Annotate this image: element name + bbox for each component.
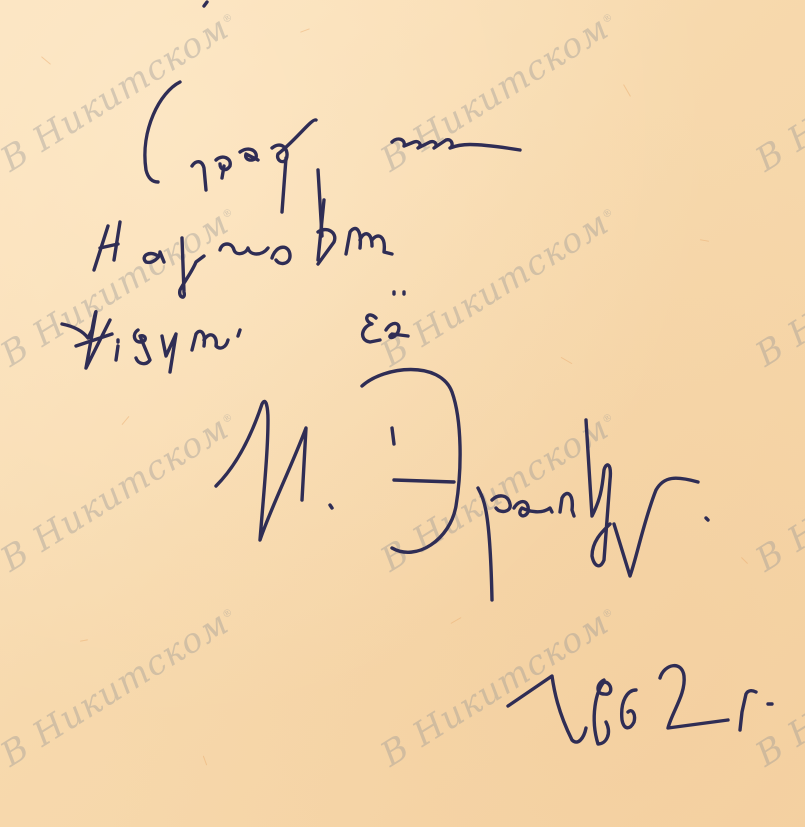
handwriting-line-3	[62, 292, 408, 372]
signature	[216, 370, 708, 601]
handwriting-line-2	[94, 200, 392, 297]
handwriting	[0, 0, 805, 827]
handwriting-line-1	[145, 82, 520, 236]
date	[508, 666, 772, 744]
ink-mark	[204, 2, 207, 6]
paper-sheet: В Никитском® В Никитском® В Никитском® В…	[0, 0, 805, 827]
